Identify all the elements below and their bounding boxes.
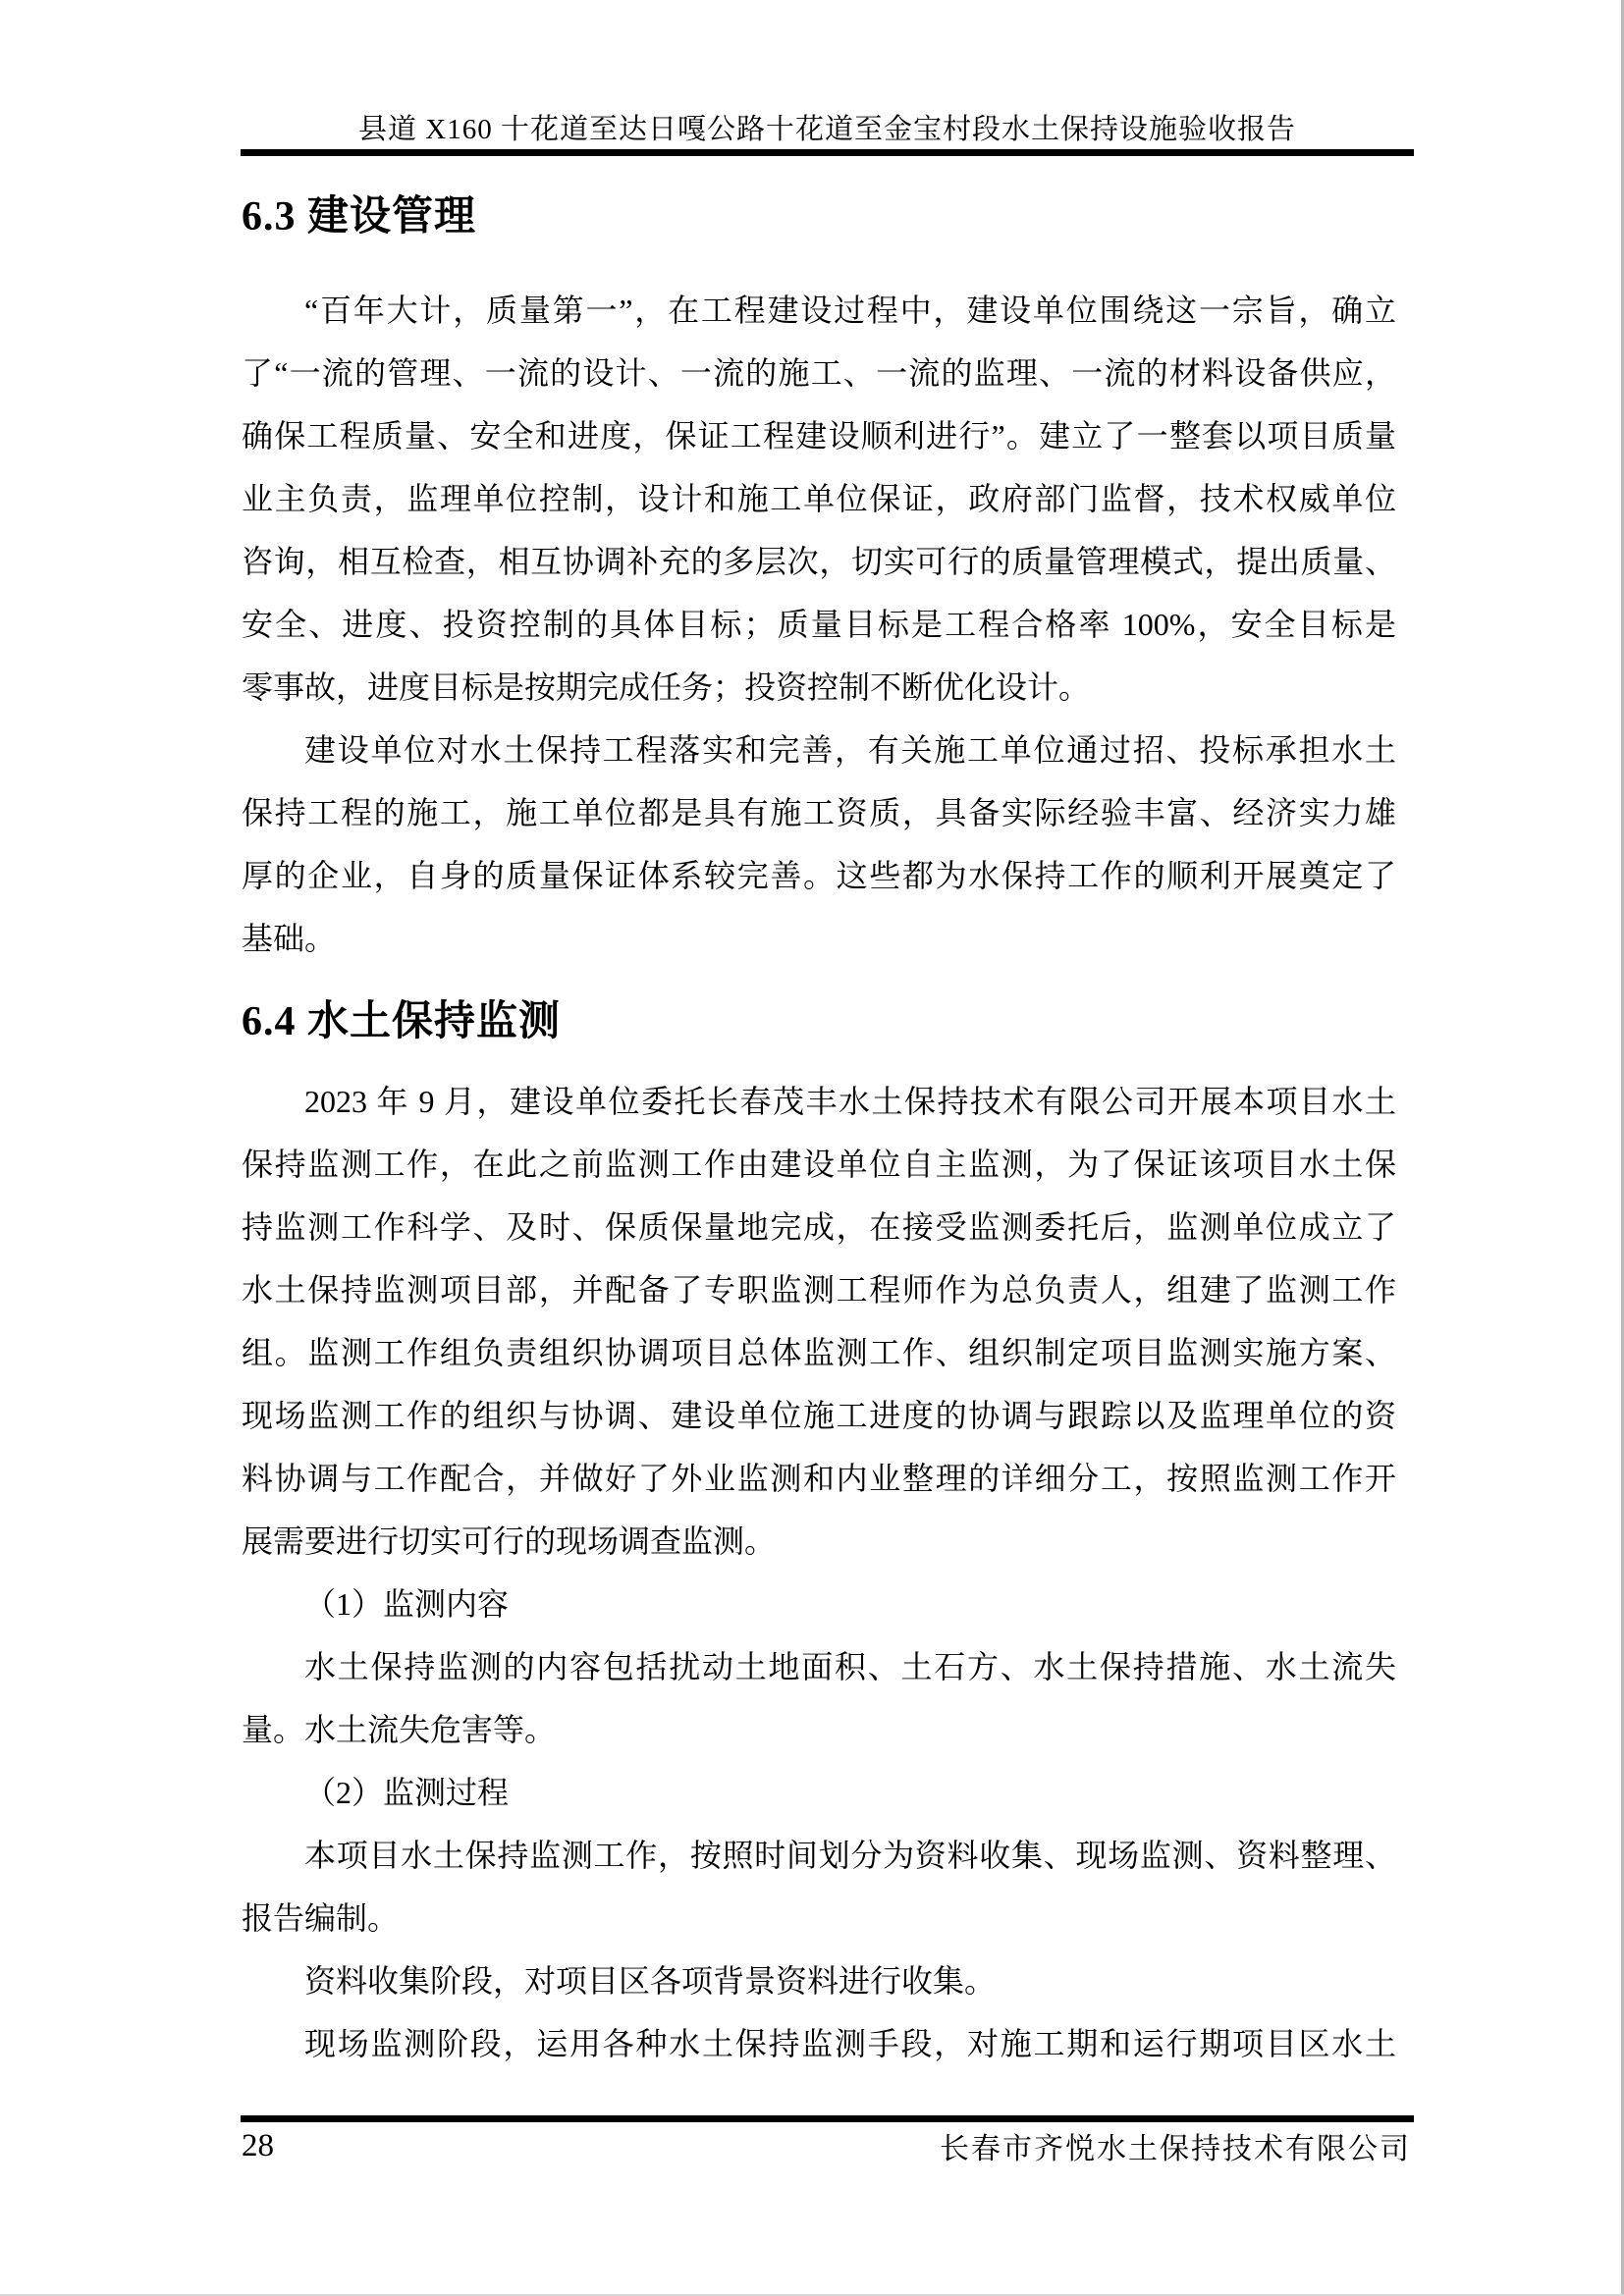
text-line: 报告编制。 xyxy=(242,1887,1396,1949)
text-line: 业主负责，监理单位控制，设计和施工单位保证，政府部门监督，技术权威单位 xyxy=(242,467,1396,530)
text-line: 量。水土流失危害等。 xyxy=(242,1698,1396,1761)
text-line: 确保工程质量、安全和进度，保证工程建设顺利进行”。建立了一整套以项目质量 xyxy=(242,404,1396,467)
list-item-label: （1）监测内容 xyxy=(242,1573,1396,1635)
text-line: 了“一流的管理、一流的设计、一流的施工、一流的监理、一流的材料设备供应， xyxy=(242,342,1396,404)
text-line: 基础。 xyxy=(242,907,1396,970)
text-line: 建设单位对水土保持工程落实和完善，有关施工单位通过招、投标承担水土 xyxy=(242,719,1396,781)
text-line: 水土保持监测的内容包括扰动土地面积、土石方、水土保持措施、水土流失 xyxy=(242,1635,1396,1698)
text-line: 本项目水土保持监测工作，按照时间划分为资料收集、现场监测、资料整理、 xyxy=(242,1824,1396,1887)
text-line: 展需要进行切实可行的现场调查监测。 xyxy=(242,1510,1396,1573)
running-header-title: 县道 X160 十花道至达日嘎公路十花道至金宝村段水土保持设施验收报告 xyxy=(241,114,1414,145)
text-line: 零事故，进度目标是按期完成任务；投资控制不断优化设计。 xyxy=(242,656,1396,719)
text-line: 安全、进度、投资控制的具体目标；质量目标是工程合格率 100%，安全目标是 xyxy=(242,593,1396,656)
document-page: 县道 X160 十花道至达日嘎公路十花道至金宝村段水土保持设施验收报告 6.3 … xyxy=(0,0,1624,2296)
text-line: 咨询，相互检查，相互协调补充的多层次，切实可行的质量管理模式，提出质量、 xyxy=(242,530,1396,593)
text-line: “百年大计，质量第一”，在工程建设过程中，建设单位围绕这一宗旨，确立 xyxy=(242,279,1396,342)
text-line: 水土保持监测项目部，并配备了专职监测工程师作为总负责人，组建了监测工作 xyxy=(242,1258,1396,1321)
section-heading-6-4: 6.4 水土保持监测 xyxy=(242,995,1396,1048)
footer-rule xyxy=(241,2115,1414,2122)
footer-company-name: 长春市齐悦水土保持技术有限公司 xyxy=(241,2132,1411,2167)
text-line: 保持监测工作，在此之前监测工作由建设单位自主监测，为了保证该项目水土保 xyxy=(242,1133,1396,1196)
list-item-label: （2）监测过程 xyxy=(242,1761,1396,1824)
page-content: 6.3 建设管理 “百年大计，质量第一”，在工程建设过程中，建设单位围绕这一宗旨… xyxy=(242,190,1396,2075)
text-line: 厚的企业，自身的质量保证体系较完善。这些都为水保持工作的顺利开展奠定了 xyxy=(242,844,1396,907)
text-line: 资料收集阶段，对项目区各项背景资料进行收集。 xyxy=(242,1949,1396,2012)
text-line: 料协调与工作配合，并做好了外业监测和内业整理的详细分工，按照监测工作开 xyxy=(242,1447,1396,1510)
text-line: 现场监测阶段，运用各种水土保持监测手段，对施工期和运行期项目区水土 xyxy=(242,2012,1396,2075)
text-line: 2023 年 9 月，建设单位委托长春茂丰水土保持技术有限公司开展本项目水土 xyxy=(242,1070,1396,1133)
text-line: 组。监测工作组负责组织协调项目总体监测工作、组织制定项目监测实施方案、 xyxy=(242,1321,1396,1384)
text-line: 现场监测工作的组织与协调、建设单位施工进度的协调与跟踪以及监理单位的资 xyxy=(242,1384,1396,1447)
header-rule xyxy=(241,149,1414,156)
text-line: 持监测工作科学、及时、保质保量地完成，在接受监测委托后，监测单位成立了 xyxy=(242,1196,1396,1258)
text-line: 保持工程的施工，施工单位都是具有施工资质，具备实际经验丰富、经济实力雄 xyxy=(242,781,1396,844)
section-heading-6-3: 6.3 建设管理 xyxy=(242,190,1396,243)
